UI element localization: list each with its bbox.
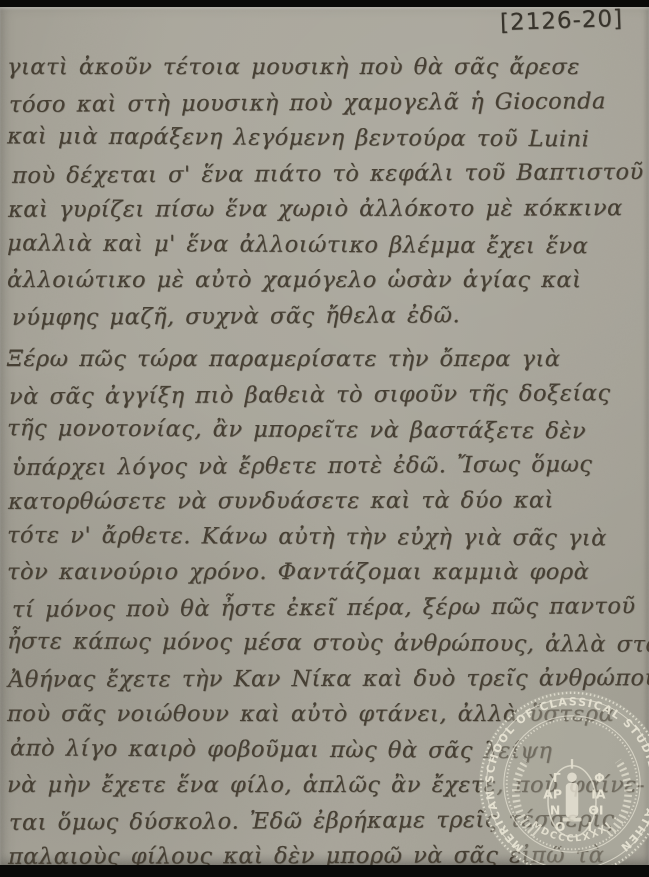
handwritten-line: ὑπάρχει λόγος νὰ ἔρθετε ποτὲ ἐδῶ. Ἴσως ὅ… — [9, 447, 649, 486]
handwritten-line: ἀπὸ λίγο καιρὸ φοβοῦμαι πὼς θὰ σᾶς λείψη — [7, 731, 649, 770]
handwritten-line: νύμφης μαζῆ, συχνὰ σᾶς ἤθελα ἐδῶ. — [9, 297, 649, 336]
handwritten-line: τὸν καινούριο χρόνο. Φαντάζομαι καμμιὰ φ… — [7, 555, 649, 591]
handwritten-line: παλαιοὺς φίλους καὶ δὲν μπορῶ νὰ σᾶς εἰπ… — [8, 838, 649, 865]
handwritten-line: κατορθώσετε νὰ συνδυάσετε καὶ τὰ δύο καὶ — [8, 483, 649, 520]
handwritten-line: Ἀθήνας ἔχετε τὴν Καν Νίκα καὶ δυὸ τρεῖς … — [8, 661, 649, 698]
handwritten-line: νὰ σᾶς ἀγγίξη πιὸ βαθειὰ τὸ σιφοῦν τῆς δ… — [9, 376, 649, 415]
handwritten-line: γιατὶ ἀκοῦν τέτοια μουσικὴ ποὺ θὰ σᾶς ἄρ… — [7, 50, 649, 86]
archive-number: [2126-20] — [500, 7, 624, 36]
letter-paper: [2126-20] γιατὶ ἀκοῦν τέτοια μουσικὴ ποὺ… — [0, 7, 649, 865]
handwritten-line: μαλλιὰ καὶ μ' ἕνα ἀλλοιώτικο βλέμμα ἔχει… — [7, 226, 649, 265]
letter-body: γιατὶ ἀκοῦν τέτοια μουσικὴ ποὺ θὰ σᾶς ἄρ… — [7, 50, 649, 865]
handwritten-line: καὶ γυρίζει πίσω ἕνα χωριὸ ἀλλόκοτο μὲ κ… — [8, 191, 649, 228]
handwritten-line: τόσο καὶ στὴ μουσικὴ ποὺ χαμογελᾶ ἡ Gioc… — [9, 84, 649, 123]
handwritten-line: τότε ν' ἄρθετε. Κάνω αὐτὴ τὴν εὐχὴ γιὰ σ… — [7, 518, 649, 557]
handwritten-line: ποὺ σᾶς νοιώθουν καὶ αὐτὸ φτάνει, ἀλλὰ ὕ… — [7, 697, 649, 733]
paragraph-2: Ξέρω πῶς τώρα παραμερίσατε τὴν ὄπερα γιὰ… — [7, 342, 649, 865]
handwritten-line: τί μόνος ποὺ θὰ ἦστε ἐκεῖ πέρα, ξέρω πῶς… — [9, 589, 649, 628]
handwritten-line: Ξέρω πῶς τώρα παραμερίσατε τὴν ὄπερα γιὰ — [7, 342, 649, 378]
handwritten-line: ἀλλοιώτικο μὲ αὐτὸ χαμόγελο ὡσὰν ἁγίας κ… — [7, 263, 649, 299]
scanned-letter-page: [2126-20] γιατὶ ἀκοῦν τέτοια μουσικὴ ποὺ… — [0, 0, 649, 877]
handwritten-line: ποὺ δέχεται σ' ἕνα πιάτο τὸ κεφάλι τοῦ Β… — [9, 155, 649, 194]
paragraph-1: γιατὶ ἀκοῦν τέτοια μουσικὴ ποὺ θὰ σᾶς ἄρ… — [7, 50, 649, 334]
handwritten-line: νὰ μὴν ἔχετε ἕνα φίλο, ἁπλῶς ἂν ἔχετε, π… — [7, 768, 649, 804]
handwritten-line: ται ὅμως δύσκολο. Ἐδῶ ἐβρήκαμε τρεῖς τέσ… — [9, 802, 649, 841]
handwritten-line: ἦστε κάπως μόνος μέσα στοὺς ἀνθρώπους, ἀ… — [7, 624, 649, 663]
handwritten-line: τῆς μονοτονίας, ἂν μπορεῖτε νὰ βαστάξετε… — [7, 411, 649, 450]
handwritten-line: καὶ μιὰ παράξενη λεγόμενη βεντούρα τοῦ L… — [7, 119, 649, 158]
